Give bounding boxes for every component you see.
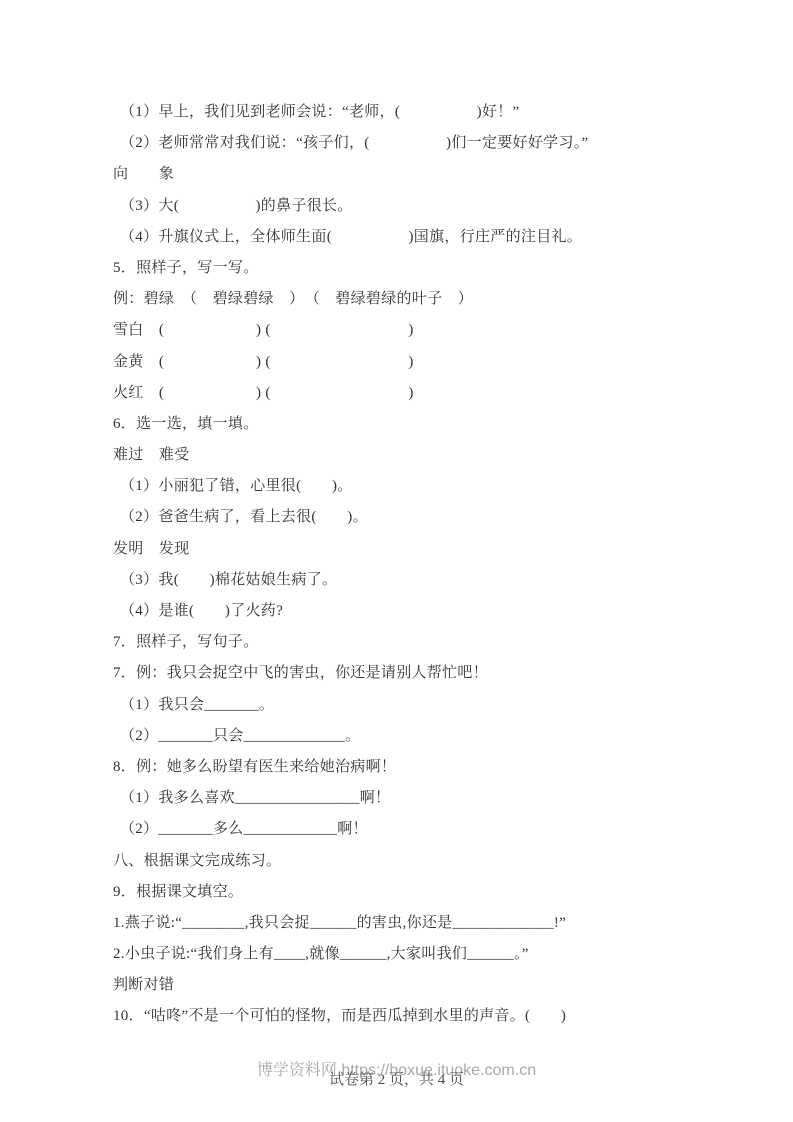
question-line: （4）升旗仪式上，全体师生面( )国旗，行庄严的注目礼。 xyxy=(113,222,753,253)
answer-row: 火红 ( ) ( ) xyxy=(113,378,753,409)
question-line: （1）我多么喜欢________________啊！ xyxy=(113,783,753,814)
true-false-question: 10．“咕咚”不是一个可怕的怪物，而是西瓜掉到水里的声音。( ) xyxy=(113,1001,753,1032)
question-line: （2）_______只会_____________。 xyxy=(113,721,753,752)
question-line: （2）老师常常对我们说：“孩子们，( )们一定要好好学习。” xyxy=(113,128,753,159)
question-line: （2）_______多么____________啊！ xyxy=(113,814,753,845)
question-line: （1）早上，我们见到老师会说：“老师，( )好！” xyxy=(113,97,753,128)
question-line: （1）我只会_______。 xyxy=(113,690,753,721)
fill-blank-line: 2.小虫子说:“我们身上有____,就像______,大家叫我们______。” xyxy=(113,939,753,970)
fill-blank-line: 1.燕子说:“________,我只会捉______的害虫,你还是_______… xyxy=(113,908,753,939)
page-number-text: 试卷第 2 页，共 4 页 xyxy=(0,1070,793,1090)
answer-row: 金黄 ( ) ( ) xyxy=(113,347,753,378)
example-line: 例：碧绿 （ 碧绿碧绿 ） （ 碧绿碧绿的叶子 ） xyxy=(113,284,753,315)
answer-row: 雪白 ( ) ( ) xyxy=(113,315,753,346)
instruction-line: 判断对错 xyxy=(113,970,753,1001)
word-bank-line: 向 象 xyxy=(113,159,753,190)
section-heading: 八、根据课文完成练习。 xyxy=(113,846,753,877)
question-heading: 6．选一选，填一填。 xyxy=(113,409,753,440)
example-line: 8．例：她多么盼望有医生来给她治病啊！ xyxy=(113,752,753,783)
question-line: （1）小丽犯了错，心里很( )。 xyxy=(113,471,753,502)
question-line: （3）我( )棉花姑娘生病了。 xyxy=(113,565,753,596)
question-heading: 9．根据课文填空。 xyxy=(113,877,753,908)
worksheet-page: （1）早上，我们见到老师会说：“老师，( )好！” （2）老师常常对我们说：“孩… xyxy=(0,0,793,1122)
word-bank-line: 难过 难受 xyxy=(113,440,753,471)
word-bank-line: 发明 发现 xyxy=(113,534,753,565)
example-line: 7．例：我只会捉空中飞的害虫，你还是请别人帮忙吧！ xyxy=(113,658,753,689)
question-heading: 7．照样子，写句子。 xyxy=(113,627,753,658)
question-line: （2）爸爸生病了，看上去很( )。 xyxy=(113,502,753,533)
worksheet-content: （1）早上，我们见到老师会说：“老师，( )好！” （2）老师常常对我们说：“孩… xyxy=(113,97,753,1033)
question-heading: 5．照样子，写一写。 xyxy=(113,253,753,284)
question-line: （4）是谁( )了火药? xyxy=(113,596,753,627)
question-line: （3）大( )的鼻子很长。 xyxy=(113,191,753,222)
